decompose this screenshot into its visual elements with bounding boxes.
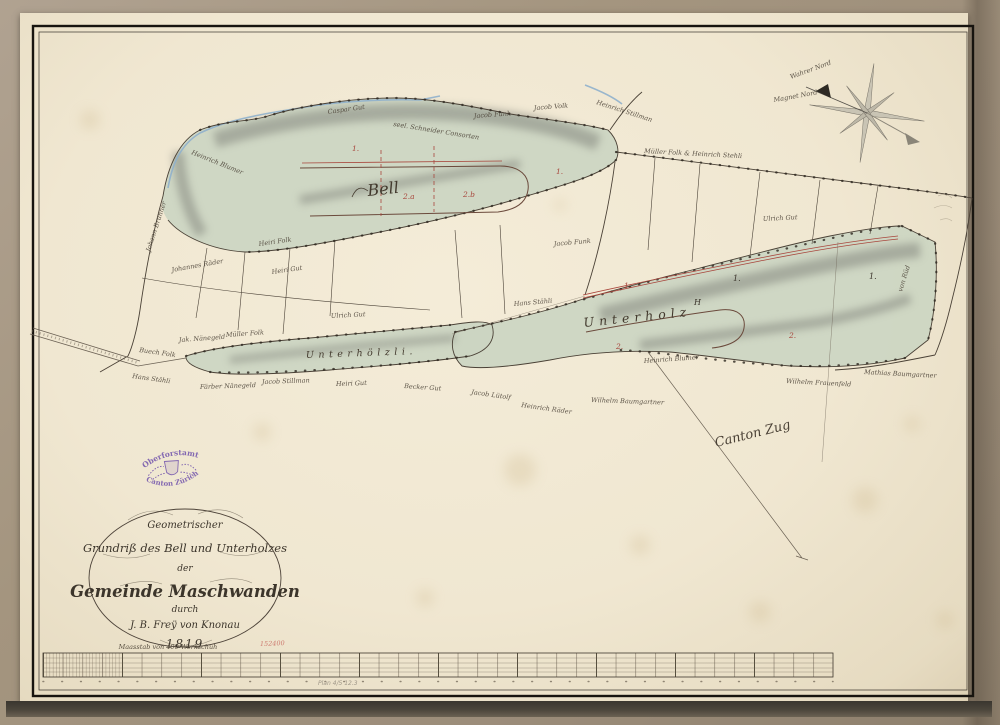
- owner-label: Jacob Funk: [551, 237, 591, 248]
- cartouche-line5: durch: [172, 605, 199, 615]
- parcel-number: H: [693, 298, 702, 307]
- owner-label: Färber Nänegeld: [199, 381, 256, 391]
- owner-label: Mathias Baumgartner: [863, 368, 938, 380]
- parcel-number: 2.: [788, 331, 796, 340]
- title-cartouche: Geometrischer Grundriß des Bell und Unte…: [70, 509, 300, 651]
- red-inventory-note: 152400: [260, 639, 285, 648]
- pencil-note: Plan 4/5 12.3: [318, 680, 358, 687]
- cartouche-line1: Geometrischer: [147, 520, 223, 531]
- owner-label: Wilhelm Frauenfeld: [786, 377, 852, 388]
- owner-label: Jacob Volk: [532, 102, 569, 113]
- owner-label: Hans Stähli: [512, 297, 552, 308]
- bell-label: Bell: [365, 178, 399, 200]
- cartouche-line3: der: [177, 564, 193, 574]
- owner-label: Johannes Räder: [169, 257, 225, 274]
- owner-label: Hans Stähli: [131, 372, 171, 385]
- parcel-number: 2.b: [462, 190, 475, 199]
- owner-label: Heinrich Stillman: [594, 98, 653, 124]
- map-artwork: Bell Unterholz Unterhölzli. Canton Zug C…: [0, 0, 1000, 725]
- parcel-number: 1.: [869, 272, 877, 281]
- owner-label: Johann Brunner: [144, 199, 169, 254]
- framed-map: Bell Unterholz Unterhölzli. Canton Zug C…: [0, 0, 1000, 725]
- compass-rose: Wahrer Nord Magnet Nord: [772, 55, 931, 170]
- scale-bar: Maasstab von 400 Werkschuh: [43, 643, 833, 682]
- cartouche-line6: J. B. Freÿ von Knonau: [128, 620, 240, 631]
- owner-label: Jacob Stillman: [260, 376, 310, 386]
- stamp-shield-icon: [164, 461, 179, 476]
- owner-label: Wilhelm Baumgartner: [591, 396, 665, 407]
- canton-zug-label: Canton Zug: [713, 418, 792, 451]
- true-north-label: Wahrer Nord: [789, 59, 832, 81]
- parcel-number: 2.a: [402, 192, 415, 201]
- parcel-number: 2.: [615, 342, 623, 351]
- cartouche-line4: Gemeinde Maschwanden: [70, 582, 300, 601]
- archive-stamp: Oberforstamt Canton Zürich: [140, 447, 203, 490]
- owner-label: Ulrich Gut: [331, 310, 366, 320]
- survey-line-canton: [648, 352, 808, 560]
- south-arrowhead-icon: [905, 133, 920, 145]
- north-arrowhead-icon: [816, 84, 831, 98]
- owner-label: Heiri Gut: [270, 264, 303, 276]
- parcel-number: 1.: [352, 144, 359, 153]
- owner-label: Ulrich Gut: [763, 213, 798, 223]
- parcel-number: 1.: [624, 281, 631, 290]
- owner-label: Jak. Nänegeld: [177, 333, 226, 344]
- owner-label: Müller Folk & Heinrich Stehli: [643, 147, 742, 160]
- parcel-number: 1.: [733, 274, 741, 283]
- owner-label: Becker Gut: [403, 382, 442, 393]
- owner-label: Müller Folk: [225, 328, 265, 339]
- owner-label: Heinrich Räder: [520, 401, 573, 416]
- owner-label: Heinrich Blumer: [643, 353, 700, 365]
- forest-parcels: [162, 98, 936, 374]
- magnet-north-label: Magnet Nord: [772, 88, 818, 104]
- owner-label: Heiri Gut: [335, 379, 367, 388]
- owner-label: Jacob Lütolf: [469, 388, 513, 402]
- parcel-number: 1.: [556, 167, 563, 176]
- scale-bar-title: Maasstab von 400 Werkschuh: [118, 643, 218, 651]
- cartouche-line2: Grundriß des Bell und Unterholzes: [83, 541, 287, 555]
- pencil-scribble: [934, 194, 952, 221]
- owner-label: Buech Folk: [138, 346, 177, 359]
